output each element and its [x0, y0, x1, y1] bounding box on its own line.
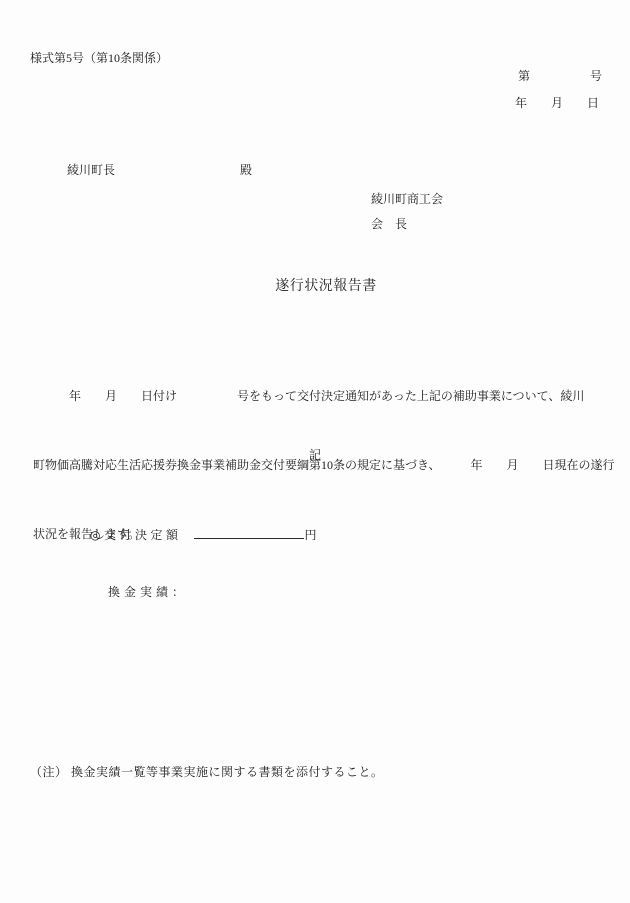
body-line: 年 月 日付け 号をもって交付決定通知があった上記の補助事業について、綾川: [33, 385, 625, 408]
amount-fill-line: [194, 526, 304, 539]
addressee-row: 綾川町長殿: [55, 149, 252, 192]
footnote: （注） 換金実績一覧等事業実施に関する書類を添付すること。: [30, 765, 384, 779]
document-number-line: 第 号: [518, 69, 602, 83]
document-page: 様式第5号（第10条関係） 第 号 年 月 日 綾川町長殿 綾川町商工会 会 長…: [0, 0, 630, 903]
exchange-result-label: 換金実績：: [108, 585, 188, 599]
sender-title: 会 長: [371, 217, 407, 231]
addressee-name: 綾川町長: [67, 163, 115, 177]
grant-unit: 円: [304, 528, 316, 542]
sender-organization: 綾川町商工会: [371, 192, 443, 206]
document-title: 遂行状況報告書: [0, 279, 630, 296]
section-marker-ki: 記: [0, 448, 630, 462]
grant-amount-row: ◎交付決定額円: [78, 512, 317, 557]
form-number: 様式第5号（第10条関係）: [30, 51, 168, 65]
grant-amount-label: ◎交付決定額: [90, 528, 181, 542]
date-line: 年 月 日: [515, 96, 599, 110]
addressee-honorific: 殿: [240, 163, 252, 177]
